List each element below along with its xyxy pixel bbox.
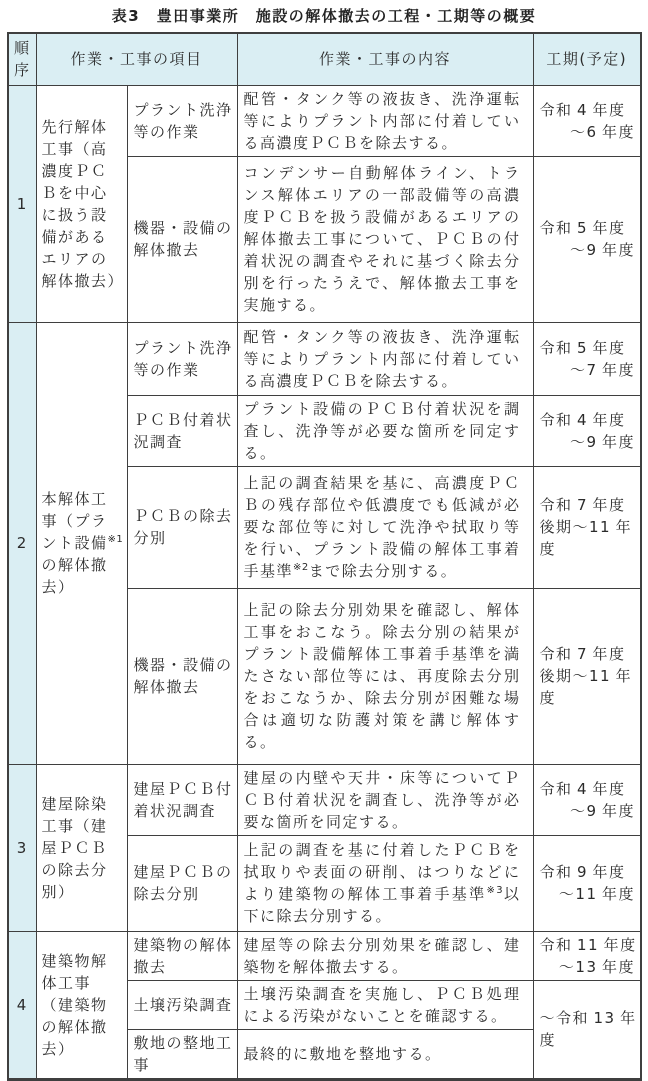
period-cell: 令和 9 年度 ～11 年度 <box>533 835 641 931</box>
footnote-sup: ※2 <box>293 562 309 573</box>
period-line-1: 令和 4 年度 <box>540 409 639 431</box>
content-cell: 上記の調査結果を基に、高濃度ＰＣＢの残存部位や低濃度でも低減が必要な部位等に対し… <box>237 466 533 588</box>
content-text: 土壌汚染調査を実施し、ＰＣＢ処理による汚染がないことを確認する。 <box>244 985 521 1025</box>
item-cell: ＰＣＢ付着状況調査 <box>127 395 237 466</box>
content-cell: 配管・タンク等の液抜き、洗浄運転等によりプラント内部に付着している高濃度ＰＣＢを… <box>237 85 533 156</box>
period-cell: 令和 4 年度 ～6 年度 <box>533 85 641 156</box>
content-cell: プラント設備のＰＣＢ付着状況を調査し、洗浄等が必要な箇所を同定する。 <box>237 395 533 466</box>
period-line-2: ～11 年度 <box>540 883 639 905</box>
content-text: 上記の調査を基に付着したＰＣＢを拭取りや表面の研削、はつりなどにより建築物の解体… <box>244 841 521 903</box>
content-text: 配管・タンク等の液抜き、洗浄運転等によりプラント内部に付着している高濃度ＰＣＢを… <box>244 90 521 152</box>
page-title: 表3 豊田事業所 施設の解体撤去の工程・工期等の概要 <box>0 0 648 32</box>
period-line-1: 令和 7 年度後期～11 年度 <box>540 643 639 709</box>
content-text: プラント設備のＰＣＢ付着状況を調査し、洗浄等が必要な箇所を同定する。 <box>244 400 521 462</box>
group-label-text: 本解体工事（プラント設備 <box>42 490 108 552</box>
header-row: 順序 作業・工事の項目 作業・工事の内容 工期(予定) <box>8 33 641 85</box>
item-cell: 敷地の整地工事 <box>127 1029 237 1079</box>
group-label-text: 建築物解体工事（建築物の解体撤去） <box>42 952 108 1058</box>
content-cell: コンデンサー自動解体ライン、トランス解体エリアの一部設備等の高濃度ＰＣＢを扱う設… <box>237 156 533 322</box>
period-line-1: 令和 5 年度 <box>540 337 639 359</box>
period-cell: 令和 7 年度後期～11 年度 <box>533 588 641 764</box>
group-label-text: の解体撤去） <box>42 556 108 596</box>
item-cell: 建屋ＰＣＢ付着状況調査 <box>127 764 237 835</box>
content-text: 上記の除去分別効果を確認し、解体工事をおこなう。除去分別の結果がプラント設備解体… <box>244 601 521 751</box>
content-text: 建屋等の除去分別効果を確認し、建築物を解体撤去する。 <box>244 936 521 976</box>
period-cell: 令和 5 年度 ～9 年度 <box>533 156 641 322</box>
period-cell: 令和 7 年度後期～11 年度 <box>533 466 641 588</box>
group-label-cell: 本解体工事（プラント設備※1の解体撤去） <box>36 322 127 764</box>
table-row: 4 建築物解体工事（建築物の解体撤去） 建築物の解体撤去 建屋等の除去分別効果を… <box>8 931 641 980</box>
table-row: 3 建屋除染工事（建屋ＰＣＢの除去分別） 建屋ＰＣＢ付着状況調査 建屋の内壁や天… <box>8 764 641 835</box>
content-text: 建屋の内壁や天井・床等についてＰＣＢ付着状況を調査し、洗浄等が必要な箇所を同定す… <box>244 769 521 831</box>
item-cell: プラント洗浄等の作業 <box>127 85 237 156</box>
period-line-2: ～9 年度 <box>540 800 639 822</box>
period-cell: 令和 4 年度 ～9 年度 <box>533 395 641 466</box>
table-row: 2 本解体工事（プラント設備※1の解体撤去） プラント洗浄等の作業 配管・タンク… <box>8 322 641 395</box>
item-cell: 土壌汚染調査 <box>127 980 237 1029</box>
header-cell-period: 工期(予定) <box>533 33 641 85</box>
group-label-text: 先行解体工事（高濃度ＰＣＢを中心に扱う設備があるエリアの解体撤去） <box>42 118 125 290</box>
period-line-1: 令和 7 年度後期～11 年度 <box>540 494 639 560</box>
period-cell-merged: ～令和 13 年度 <box>533 980 641 1079</box>
content-text: 配管・タンク等の液抜き、洗浄運転等によりプラント内部に付着している高濃度ＰＣＢを… <box>244 328 521 390</box>
content-cell: 上記の除去分別効果を確認し、解体工事をおこなう。除去分別の結果がプラント設備解体… <box>237 588 533 764</box>
group-label-cell: 建築物解体工事（建築物の解体撤去） <box>36 931 127 1079</box>
item-cell: 建築物の解体撤去 <box>127 931 237 980</box>
group-label-cell: 先行解体工事（高濃度ＰＣＢを中心に扱う設備があるエリアの解体撤去） <box>36 85 127 322</box>
content-cell: 建屋の内壁や天井・床等についてＰＣＢ付着状況を調査し、洗浄等が必要な箇所を同定す… <box>237 764 533 835</box>
content-cell: 土壌汚染調査を実施し、ＰＣＢ処理による汚染がないことを確認する。 <box>237 980 533 1029</box>
content-cell: 建屋等の除去分別効果を確認し、建築物を解体撤去する。 <box>237 931 533 980</box>
content-cell: 配管・タンク等の液抜き、洗浄運転等によりプラント内部に付着している高濃度ＰＣＢを… <box>237 322 533 395</box>
period-line-2: ～13 年度 <box>540 956 639 978</box>
period-line-1: ～令和 13 年度 <box>540 1007 639 1051</box>
period-cell: 令和 4 年度 ～9 年度 <box>533 764 641 835</box>
content-cell: 最終的に敷地を整地する。 <box>237 1029 533 1079</box>
period-cell: 令和 5 年度 ～7 年度 <box>533 322 641 395</box>
content-cell: 上記の調査を基に付着したＰＣＢを拭取りや表面の研削、はつりなどにより建築物の解体… <box>237 835 533 931</box>
period-line-1: 令和 11 年度 <box>540 934 639 956</box>
schedule-table: 順序 作業・工事の項目 作業・工事の内容 工期(予定) 1 先行解体工事（高濃度… <box>7 32 642 1081</box>
period-line-1: 令和 9 年度 <box>540 861 639 883</box>
period-line-2: ～9 年度 <box>540 431 639 453</box>
group-label-text: 建屋除染工事（建屋ＰＣＢの除去分別） <box>42 795 108 901</box>
item-cell: ＰＣＢの除去分別 <box>127 466 237 588</box>
item-cell: プラント洗浄等の作業 <box>127 322 237 395</box>
period-line-1: 令和 4 年度 <box>540 778 639 800</box>
footnote-sup: ※1 <box>108 534 124 545</box>
header-cell-content: 作業・工事の内容 <box>237 33 533 85</box>
group-label-cell: 建屋除染工事（建屋ＰＣＢの除去分別） <box>36 764 127 931</box>
table-row: 1 先行解体工事（高濃度ＰＣＢを中心に扱う設備があるエリアの解体撤去） プラント… <box>8 85 641 156</box>
order-cell: 4 <box>8 931 36 1079</box>
order-cell: 3 <box>8 764 36 931</box>
period-cell: 令和 11 年度 ～13 年度 <box>533 931 641 980</box>
period-line-2: ～6 年度 <box>540 121 639 143</box>
content-text: まで除去分別する。 <box>309 562 458 580</box>
period-line-1: 令和 5 年度 <box>540 217 639 239</box>
header-cell-order: 順序 <box>8 33 36 85</box>
footnote-sup: ※3 <box>487 885 504 896</box>
content-text: コンデンサー自動解体ライン、トランス解体エリアの一部設備等の高濃度ＰＣＢを扱う設… <box>244 164 521 314</box>
item-cell: 機器・設備の解体撤去 <box>127 588 237 764</box>
item-cell: 機器・設備の解体撤去 <box>127 156 237 322</box>
period-line-2: ～9 年度 <box>540 239 639 261</box>
content-text: 最終的に敷地を整地する。 <box>244 1045 442 1063</box>
order-cell: 1 <box>8 85 36 322</box>
item-cell: 建屋ＰＣＢの除去分別 <box>127 835 237 931</box>
header-cell-item: 作業・工事の項目 <box>36 33 237 85</box>
period-line-2: ～7 年度 <box>540 359 639 381</box>
period-line-1: 令和 4 年度 <box>540 99 639 121</box>
order-cell: 2 <box>8 322 36 764</box>
